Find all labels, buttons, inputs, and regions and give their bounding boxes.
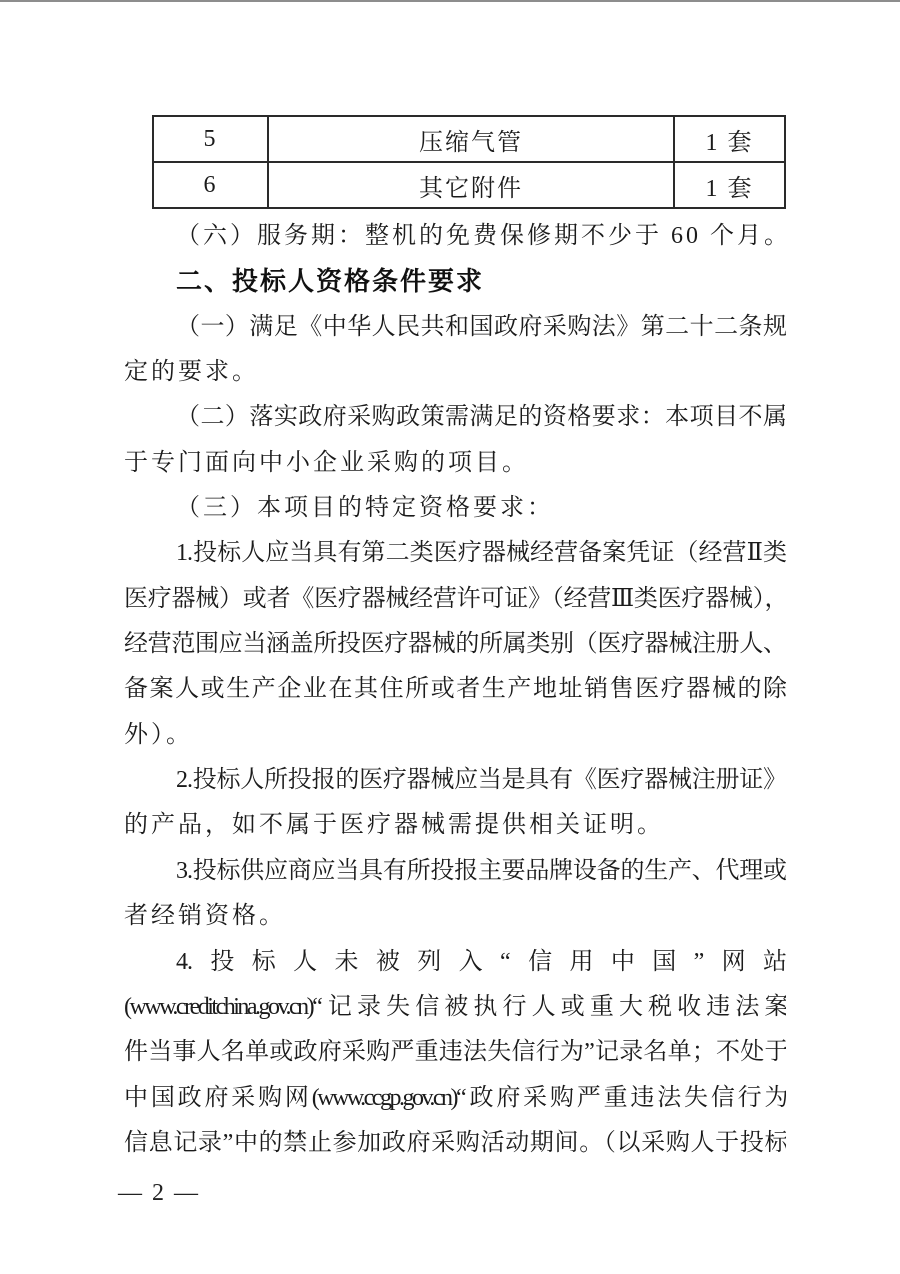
text-line: 者经销资格。 [124,894,786,939]
text-line: 2.投标人所投报的医疗器械应当是具有《医疗器械注册证》 [124,758,786,803]
text-line: 信息记录”中的禁止参加政府采购活动期间。（以采购人于投标 [124,1121,786,1166]
text-line: 经营范围应当涵盖所投医疗器械的所属类别（医疗器械注册人、 [124,622,786,667]
text-line: 定的要求。 [124,350,786,395]
page-number: — 2 — [118,1171,200,1216]
text-line: 医疗器械）或者《医疗器械经营许可证》（经营Ⅲ类医疗器械）， [124,577,786,622]
scan-artifact-line [0,0,900,2]
text-line: 的产品，如不属于医疗器械需提供相关证明。 [124,803,786,848]
equipment-items-table: 5 压缩气管 1 套 6 其它附件 1 套 [152,115,786,209]
item-name-cell: 其它附件 [268,162,674,208]
document-page: 5 压缩气管 1 套 6 其它附件 1 套 （六）服务期：整机的免费保修期不少于… [0,0,900,1274]
table-row: 5 压缩气管 1 套 [153,116,785,162]
text-line: 于专门面向中小企业采购的项目。 [124,441,786,486]
section-heading: 二、投标人资格条件要求 [124,259,786,304]
item-number-cell: 5 [153,116,268,162]
item-name-cell: 压缩气管 [268,116,674,162]
text-line-ccgp-url: 中国政府采购网(www.ccgp.gov.cn)“政府采购严重违法失信行为 [124,1076,786,1121]
text-line: 外）。 [124,713,786,758]
text-line-credit-china: 4.投标人未被列入“信用中国”网站 [124,940,786,985]
text-line: （一）满足《中华人民共和国政府采购法》第二十二条规 [124,305,786,350]
body-text: （六）服务期：整机的免费保修期不少于 60 个月。 二、投标人资格条件要求 （一… [124,214,786,1166]
text-line: 件当事人名单或政府采购严重违法失信行为”记录名单；不处于 [124,1030,786,1075]
text-line-credit-url: (www.creditchina.gov.cn)“记录失信被执行人或重大税收违法… [124,985,786,1030]
text-line: 1.投标人应当具有第二类医疗器械经营备案凭证（经营Ⅱ类 [124,531,786,576]
table-row: 6 其它附件 1 套 [153,162,785,208]
text-line: 备案人或生产企业在其住所或者生产地址销售医疗器械的除 [124,667,786,712]
text-line: 3.投标供应商应当具有所投报主要品牌设备的生产、代理或 [124,849,786,894]
text-line-service-period: （六）服务期：整机的免费保修期不少于 60 个月。 [124,214,786,259]
item-qty-cell: 1 套 [674,116,785,162]
item-number-cell: 6 [153,162,268,208]
item-qty-cell: 1 套 [674,162,785,208]
text-line: （二）落实政府采购政策需满足的资格要求：本项目不属 [124,395,786,440]
text-line: （三）本项目的特定资格要求： [124,486,786,531]
